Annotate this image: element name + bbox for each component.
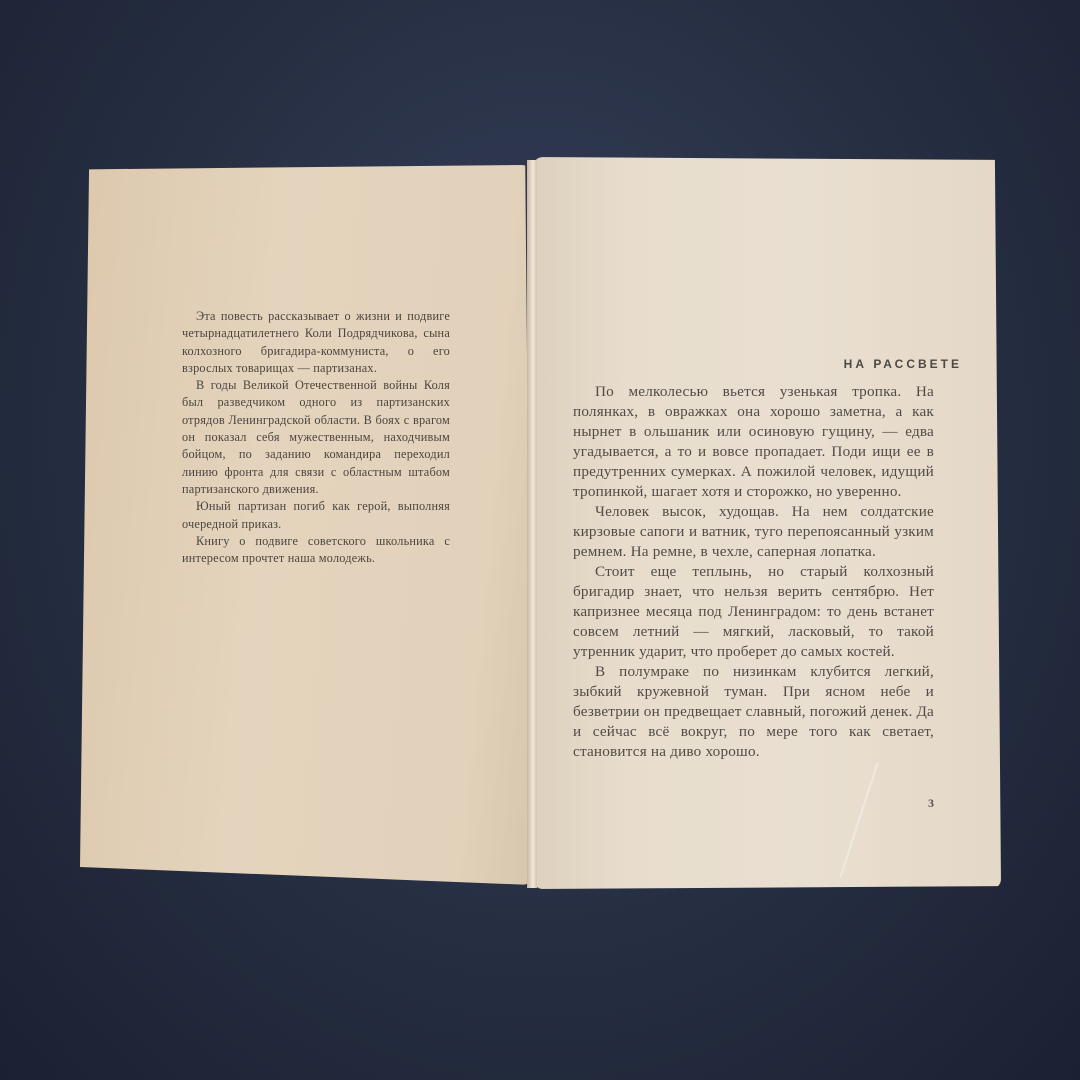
- page-number: 3: [928, 796, 934, 811]
- book-spine-gutter: [527, 160, 537, 888]
- open-book: Эта повесть рассказывает о жизни и подви…: [0, 0, 1080, 1080]
- annotation-paragraph: В годы Великой Отечественной войны Коля …: [182, 377, 450, 498]
- body-paragraph: В полумраке по низинкам клубится легкий,…: [573, 662, 934, 762]
- annotation-paragraph: Юный партизан погиб как герой, выполняя …: [182, 498, 450, 533]
- chapter-body: По мелколесью вьется узенькая тропка. На…: [573, 382, 934, 762]
- book-annotation: Эта повесть рассказывает о жизни и подви…: [182, 308, 450, 567]
- body-paragraph: Стоит еще теплынь, но старый колхозный б…: [573, 562, 934, 662]
- chapter-title: НА РАССВЕТЕ: [700, 357, 962, 371]
- annotation-paragraph: Эта повесть рассказывает о жизни и подви…: [182, 308, 450, 377]
- body-paragraph: По мелколесью вьется узенькая тропка. На…: [573, 382, 934, 502]
- annotation-paragraph: Книгу о подвиге советского школьника с и…: [182, 533, 450, 568]
- body-paragraph: Человек высок, худощав. На нем солдатски…: [573, 502, 934, 562]
